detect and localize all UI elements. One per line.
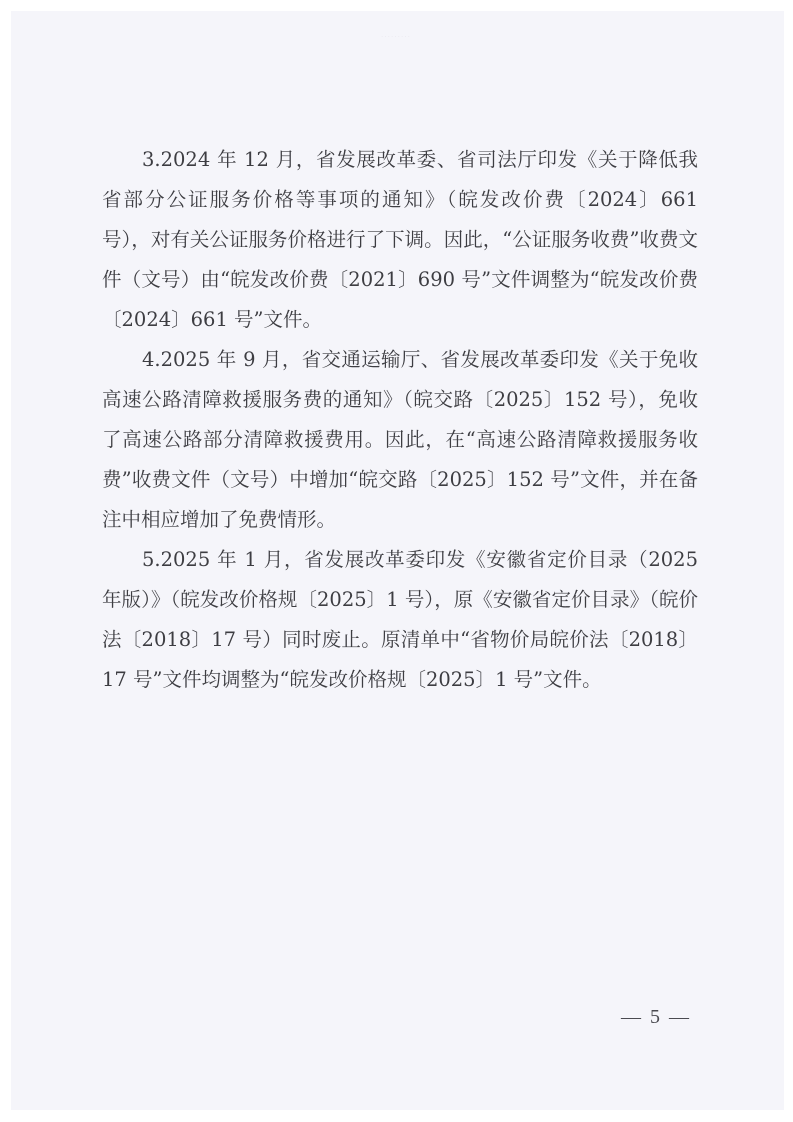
paragraph-item-3: 3.2024 年 12 月，省发展改革委、省司法厅印发《关于降低我省部分公证服务… (102, 140, 698, 340)
paragraph-item-4: 4.2025 年 9 月，省交通运输厅、省发展改革委印发《关于免收高速公路清障救… (102, 340, 698, 540)
paragraph-item-5: 5.2025 年 1 月，省发展改革委印发《安徽省定价目录（2025 年版）》（… (102, 540, 698, 700)
document-body: 3.2024 年 12 月，省发展改革委、省司法厅印发《关于降低我省部分公证服务… (102, 140, 698, 700)
page-number: — 5 — (621, 1006, 691, 1029)
faint-header-mark: ········· (381, 33, 491, 41)
scanned-page: ········· 3.2024 年 12 月，省发展改革委、省司法厅印发《关于… (11, 11, 784, 1110)
